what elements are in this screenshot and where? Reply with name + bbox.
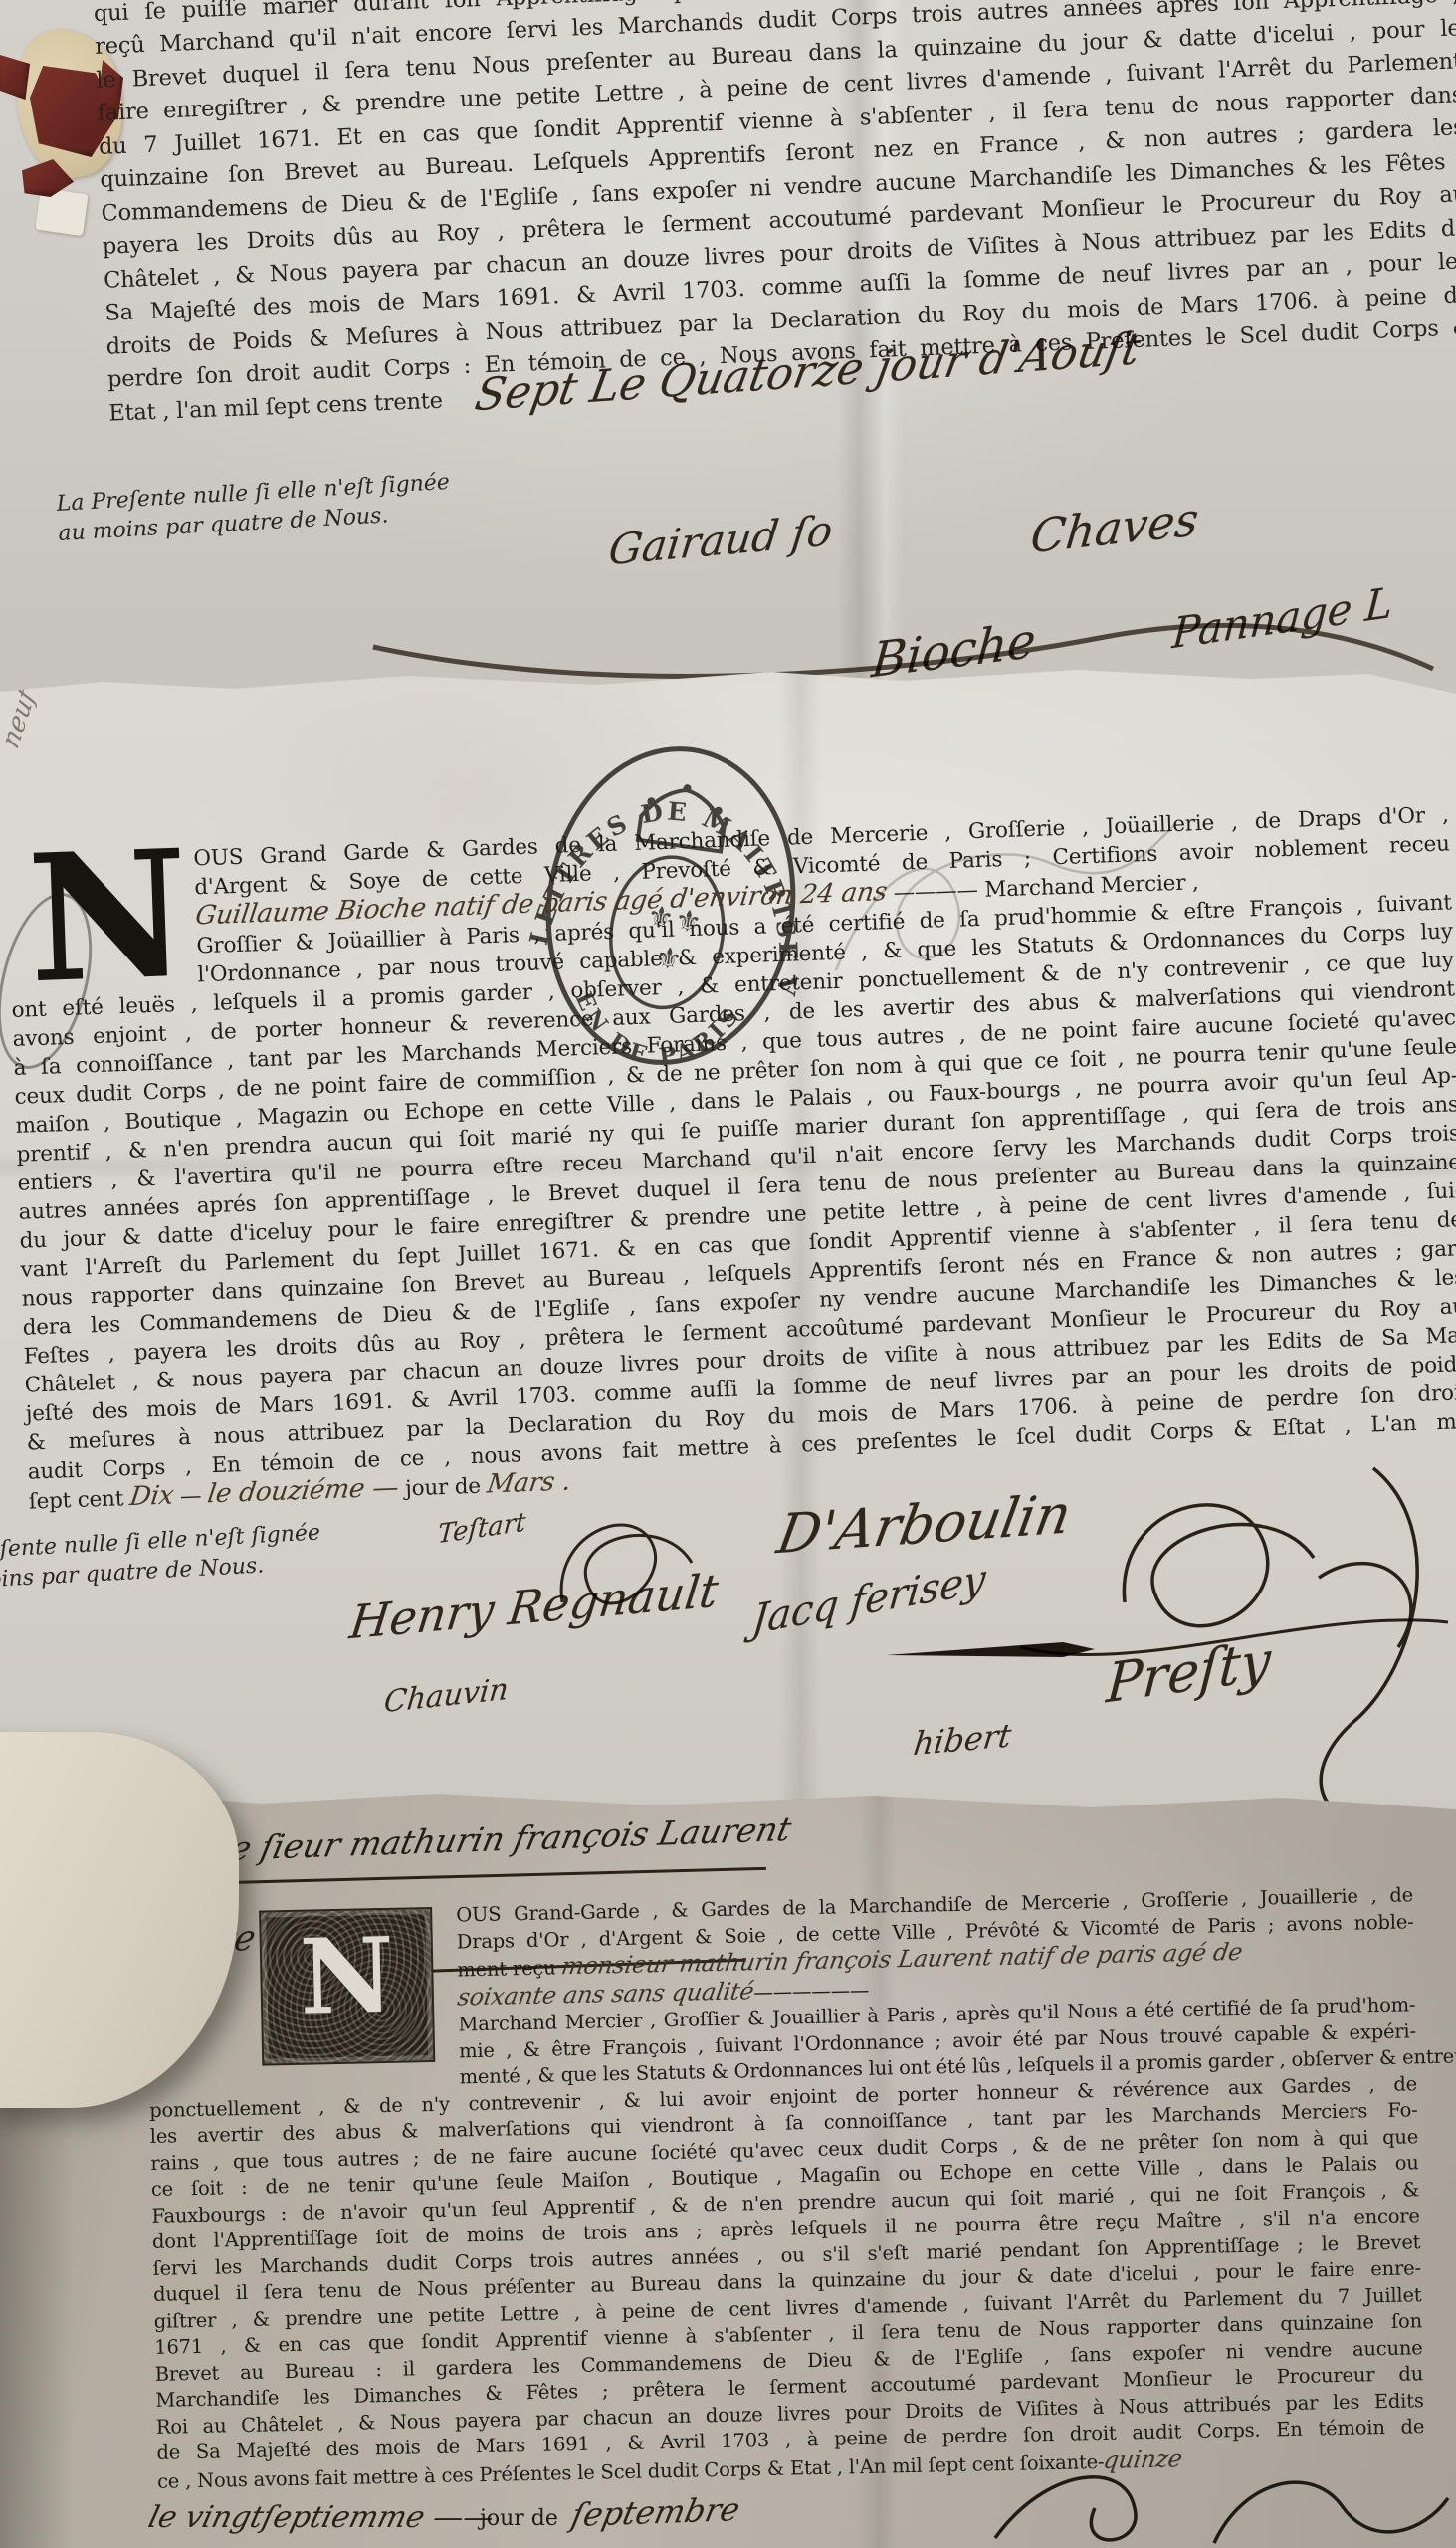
printed-text: ment reçu xyxy=(457,1956,562,1981)
signature-chauvin: Chauvin xyxy=(382,1672,510,1721)
printed-text: ſept cent xyxy=(28,1486,130,1515)
signature-gairaud: Gairaud ſo xyxy=(606,506,836,574)
printed-text: — xyxy=(173,1483,208,1509)
footer-handwriting: le vingtſeptiemme —— xyxy=(145,2500,498,2535)
signature-fezisey: Jacq ferisey xyxy=(749,1556,987,1644)
handwritten-fill-in: Dix xyxy=(128,1481,176,1512)
header-handwriting: le ſieur mathurin françois Laurent xyxy=(217,1809,795,1868)
signature-hibert: hibert xyxy=(912,1716,1014,1763)
handwritten-fill-in: soixante ans sans qualité xyxy=(456,1978,756,2011)
margin-handwriting: neuf xyxy=(0,684,42,753)
validity-note-partial: eſente nulle ſi elle n'eſt ſignée oins p… xyxy=(0,1518,322,1594)
signature-darboulin: D'Arboulin xyxy=(772,1482,1076,1566)
drop-cap-n: N xyxy=(6,844,198,989)
underline xyxy=(229,1867,766,1884)
printed-text-block: N OUS Grand Garde & Gardes de la Marchan… xyxy=(6,800,1456,1516)
printed-text: jour de xyxy=(398,1474,488,1502)
signature-testart: Teſtart xyxy=(437,1507,526,1550)
printed-text: —————— xyxy=(753,1978,869,2003)
footer-handwriting: ſeptembre xyxy=(568,2490,743,2534)
ink-flourish xyxy=(985,2439,1453,2548)
photographed-documents: Maiſon , Boutique , Magazin ou Echope en… xyxy=(0,0,1456,2548)
printed-text-block: N OUS Grand-Garde , & Gardes de la March… xyxy=(145,1882,1425,2495)
handwritten-fill-in: le douziéme — xyxy=(206,1474,401,1510)
ornate-initial-n: N xyxy=(261,1909,433,2064)
middle-document: LETTRES DE MAITRISE VILLE EN DE PARIS ⚜ … xyxy=(0,662,1456,1856)
validity-note: La Preſente nulle ſi elle n'eſt ſignée a… xyxy=(56,468,452,549)
signature-chaves: Chaves xyxy=(1028,492,1201,564)
footer-printed: jour de xyxy=(480,2506,558,2531)
top-document: Maiſon , Boutique , Magazin ou Echope en… xyxy=(0,0,1456,776)
